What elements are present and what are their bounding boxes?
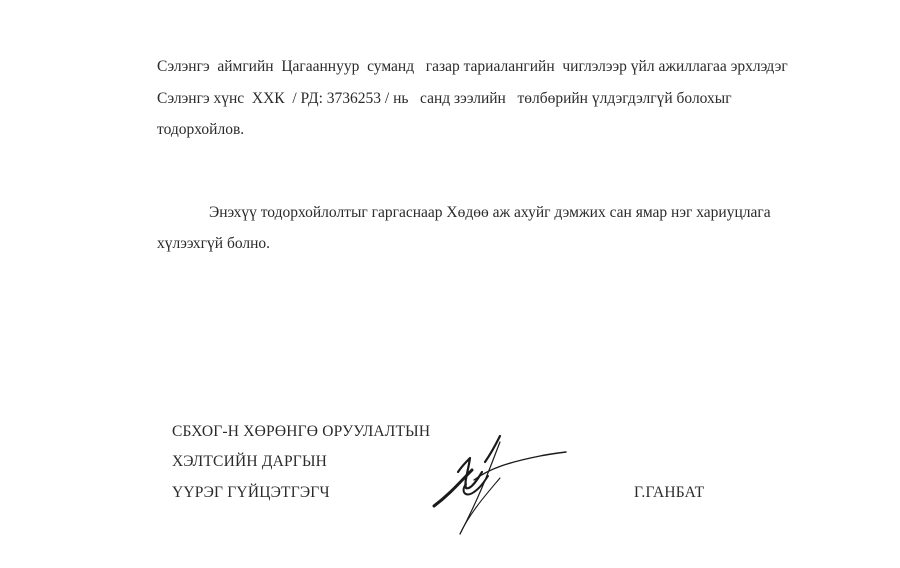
signer-title-line-2: ХЭЛТСИЙН ДАРГЫН: [172, 453, 327, 471]
paragraph-1-line-1: Сэлэнгэ аймгийн Цагааннуур суманд газар …: [157, 58, 788, 76]
signer-title-line-1: СБХОГ-Н ХӨРӨНГӨ ОРУУЛАЛТЫН: [172, 423, 430, 441]
signer-name: Г.ГАНБАТ: [634, 484, 704, 502]
paragraph-1-line-2: Сэлэнгэ хүнс ХХК / РД: 3736253 / нь санд…: [157, 90, 732, 108]
paragraph-2-line-2: хүлээхгүй болно.: [157, 235, 270, 253]
paragraph-1-line-3: тодорхойлов.: [157, 121, 244, 139]
handwritten-signature-icon: [430, 432, 570, 537]
signer-title-line-3: ҮҮРЭГ ГҮЙЦЭТГЭГЧ: [172, 484, 330, 502]
paragraph-2-line-1: Энэхүү тодорхойлолтыг гаргаснаар Хөдөө а…: [209, 204, 771, 222]
